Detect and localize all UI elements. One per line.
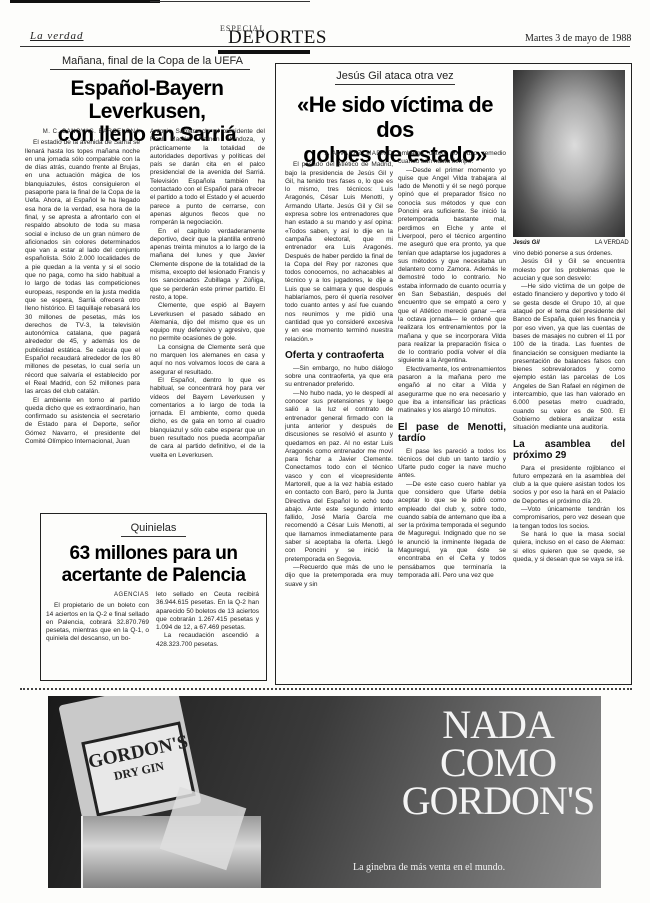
paragraph: —Desde el primer momento yo quise que An…: [398, 167, 506, 366]
paragraph: Antonio Samaranch; el presidente del Rea…: [150, 128, 265, 228]
header-rule: [20, 46, 630, 47]
paragraph: vino debió ponerse a sus órdenes.: [513, 250, 625, 258]
subheading: Oferta y contraoferta: [285, 350, 393, 361]
paragraph: —Sin embargo, no hubo diálogo sobre una …: [285, 365, 393, 390]
paragraph: —Voto únicamente tendrán los compromisar…: [513, 506, 625, 531]
section-underline: [218, 50, 310, 54]
byline: J. ALVAREZ. MADRID: [285, 150, 393, 158]
top-border-line: [150, 1, 310, 2]
byline: AGENCIAS: [46, 591, 149, 599]
paragraph: La consigna de Clemente será que no marq…: [150, 344, 265, 377]
paragraph: El pase les pareció a todos los técnicos…: [398, 448, 506, 481]
headline-line: «He sido víctima de dos: [280, 92, 510, 142]
paragraph: El ambiente en torno al partido queda di…: [25, 397, 140, 447]
ad-headline: NADA COMO GORDON'S: [348, 706, 601, 820]
top-border-bar: [10, 0, 160, 3]
paragraph: La recaudación ascendió a 428.323.700 pe…: [156, 632, 259, 649]
kicker-underline: [50, 69, 250, 70]
ad-headline-line: NADA: [348, 706, 601, 744]
ad-separator: [20, 688, 632, 691]
headline-line: acertante de Palencia: [41, 565, 266, 587]
headline-line: 63 millones para un: [41, 543, 266, 565]
issue-date: Martes 3 de mayo de 1988: [525, 33, 631, 44]
quinielas-column-2: leto sellado en Ceuta recibirá 36.944.61…: [156, 591, 259, 676]
right-article-column-1: J. ALVAREZ. MADRID El pasado del Atlétic…: [285, 150, 393, 680]
paragraph: Jesús Gil y Gil se encuentra molesto por…: [513, 258, 625, 283]
right-article-column-3: vino debió ponerse a sus órdenes. Jesús …: [513, 250, 625, 680]
paragraph: El estadio de la avenida de Sarriá se ll…: [25, 139, 140, 396]
photo-caption-name: Jesús Gil: [513, 240, 540, 246]
paragraph: leto sellado en Ceuta recibirá 36.944.61…: [156, 591, 259, 632]
paragraph: Para el presidente rojiblanco el futuro …: [513, 465, 625, 506]
jesus-gil-photo: [513, 70, 625, 237]
paragraph: —No hubo nada, yo le despedí al conocer …: [285, 390, 393, 564]
kicker-underline: [335, 84, 455, 85]
gordons-advertisement: GORDON'S DRY GIN NADA COMO GORDON'S La g…: [48, 696, 601, 888]
paragraph: —Recuerdo que más de uno le dijo que la …: [285, 564, 393, 589]
newspaper-logo: La verdad: [30, 30, 84, 42]
paragraph: El propietario de un boleto con 14 acier…: [46, 602, 149, 643]
quinielas-kicker: Quinielas: [41, 522, 266, 534]
paragraph: El Español, dentro lo que es habitual, s…: [150, 377, 265, 460]
paragraph: El pasado del Atlético de Madrid, bajo l…: [285, 161, 393, 344]
paragraph: Clemente, que espió al Bayern Leverkusen…: [150, 302, 265, 343]
left-article-kicker: Mañana, final de la Copa de la UEFA: [45, 55, 260, 67]
left-article-column-2: Antonio Samaranch; el presidente del Rea…: [150, 128, 265, 468]
ad-headline-line: COMO GORDON'S: [348, 744, 601, 820]
paragraph: Efectivamente, los entrenamientos pasaro…: [398, 366, 506, 416]
paragraph: En el capítulo verdaderamente deportivo,…: [150, 228, 265, 303]
paragraph: Se hará lo que la masa social quiera, in…: [513, 531, 625, 564]
quinielas-headline: 63 millones para un acertante de Palenci…: [41, 543, 266, 587]
kicker-underline: [121, 536, 186, 537]
right-article-kicker: Jesús Gil ataca otra vez: [295, 70, 495, 82]
paragraph: —De este caso cuero hablar ya que consid…: [398, 481, 506, 581]
subheading: El pase de Menotti, tardío: [398, 422, 506, 444]
ad-tagline: La ginebra de más venta en el mundo.: [353, 862, 505, 873]
byline: M. C. CANOVAS. BARCELONA: [25, 128, 140, 136]
paragraph: —He sido víctima de un golpe de estado f…: [513, 283, 625, 432]
paragraph: embargo usted no puso remedio cuando aún…: [398, 150, 506, 167]
left-article-column-1: M. C. CANOVAS. BARCELONA El estadio de l…: [25, 128, 140, 468]
right-article-column-2: embargo usted no puso remedio cuando aún…: [398, 150, 506, 680]
headline-line: Español-Bayern Leverkusen,: [22, 77, 272, 123]
quinielas-box: Quinielas 63 millones para un acertante …: [40, 513, 267, 681]
quinielas-column-1: AGENCIAS El propietario de un boleto con…: [46, 591, 149, 676]
subheading: La asamblea del próximo 29: [513, 439, 625, 461]
photo-caption-credit: LA VERDAD: [595, 240, 629, 246]
